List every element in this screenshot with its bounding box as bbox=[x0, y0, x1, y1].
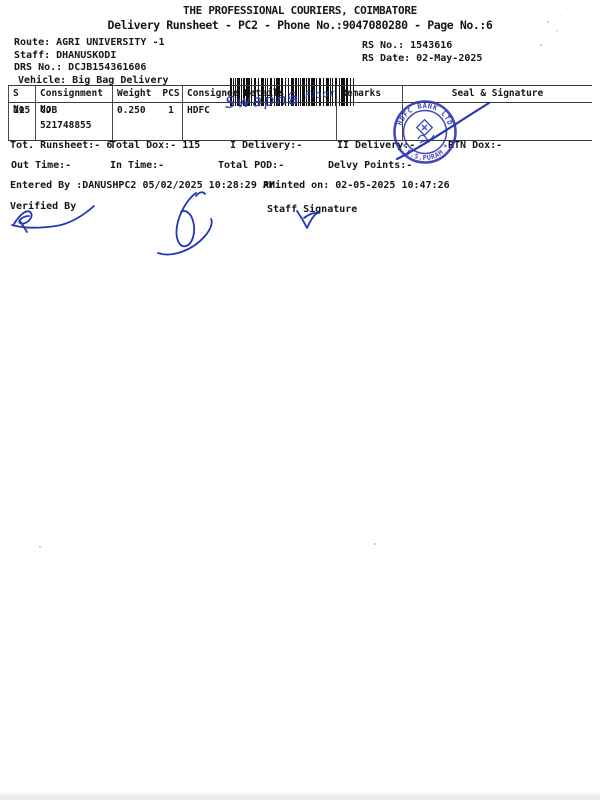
total-dox: Total Dox:- 115 bbox=[110, 140, 200, 151]
page-title: THE PROFESSIONAL COURIERS, COIMBATORE bbox=[0, 4, 600, 17]
rs-date-line: RS Date: 02-May-2025 bbox=[362, 53, 482, 64]
in-time: In Time:- bbox=[110, 160, 164, 171]
route-line: Route: AGRI UNIVERSITY -1 bbox=[14, 37, 165, 48]
center-signature bbox=[158, 192, 212, 254]
entered-by: Entered By :DANUSHPC2 05/02/2025 10:28:2… bbox=[10, 180, 275, 191]
delvy-points: Delvy Points:- bbox=[328, 160, 412, 171]
staff-line: Staff: DHANUSKODI bbox=[14, 50, 116, 61]
rtn-dox: RTN Dox:- bbox=[448, 140, 502, 151]
runsheet-barcode-icon bbox=[230, 40, 357, 68]
staff-signature-label: Staff Signature bbox=[267, 204, 357, 215]
row-consignment-no: CJB 521748855 bbox=[36, 103, 113, 140]
row-remarks bbox=[337, 103, 403, 140]
verified-by-label: Verified By bbox=[10, 201, 76, 212]
row-pcs: 1 bbox=[160, 103, 183, 140]
printed-on: Printed on: 02-05-2025 10:47:26 bbox=[263, 180, 450, 191]
scan-edge-shadow bbox=[0, 791, 600, 800]
drs-no-line: DRS No.: DCJB154361606 bbox=[14, 62, 146, 73]
table-row: 115 CJB 521748855 0.250 1 HDFC bbox=[8, 103, 592, 140]
i-delivery: I Delivery:- bbox=[230, 140, 302, 151]
total-pod: Total POD:- bbox=[218, 160, 284, 171]
ii-delivery: II Delivery:- bbox=[337, 140, 415, 151]
delivery-runsheet-document: THE PROFESSIONAL COURIERS, COIMBATORE De… bbox=[0, 0, 600, 800]
out-time: Out Time:- bbox=[11, 160, 71, 171]
rs-no-line: RS No.: 1543616 bbox=[362, 40, 452, 51]
row-seal bbox=[403, 103, 592, 140]
page-subtitle: Delivery Runsheet - PC2 - Phone No.:9047… bbox=[0, 18, 600, 32]
row-s-no: 115 bbox=[8, 103, 36, 140]
total-runsheet: Tot. Runsheet:- 6 bbox=[10, 140, 112, 151]
row-weight: 0.250 bbox=[113, 103, 160, 140]
